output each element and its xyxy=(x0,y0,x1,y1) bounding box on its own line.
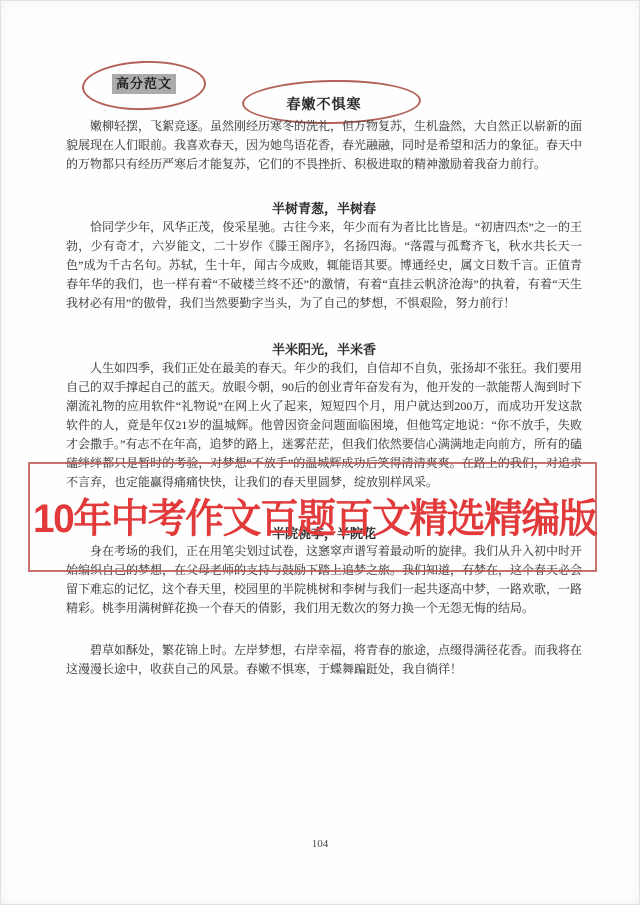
essay-paragraph-1: 恰同学少年，风华正茂，俊采星驰。古往今来，年少而有为者比比皆是。“初唐四杰”之一… xyxy=(66,218,582,313)
watermark-banner-text: 10年中考作文百题百文精选精编版 xyxy=(33,487,590,544)
essay-title: 春嫩不惧寒 xyxy=(66,94,582,114)
section-heading-1: 半树青葱，半树春 xyxy=(66,199,582,218)
page-number: 104 xyxy=(0,838,640,850)
section-heading-2: 半米阳光，半米香 xyxy=(66,340,582,359)
essay-intro-paragraph: 嫩柳轻摆，飞絮竞逐。虽然刚经历寒冬的洗礼，但万物复苏，生机盎然，大自然正以崭新的… xyxy=(66,117,582,174)
scanned-essay-page: 高分范文 春嫩不惧寒 嫩柳轻摆，飞絮竞逐。虽然刚经历寒冬的洗礼，但万物复苏，生机… xyxy=(0,0,640,905)
model-essay-badge: 高分范文 xyxy=(112,74,176,94)
essay-closing-paragraph: 碧草如酥处，繁花锦上时。左岸梦想，右岸幸福，将青春的旅途，点缀得满径花香。而我将… xyxy=(66,641,582,679)
